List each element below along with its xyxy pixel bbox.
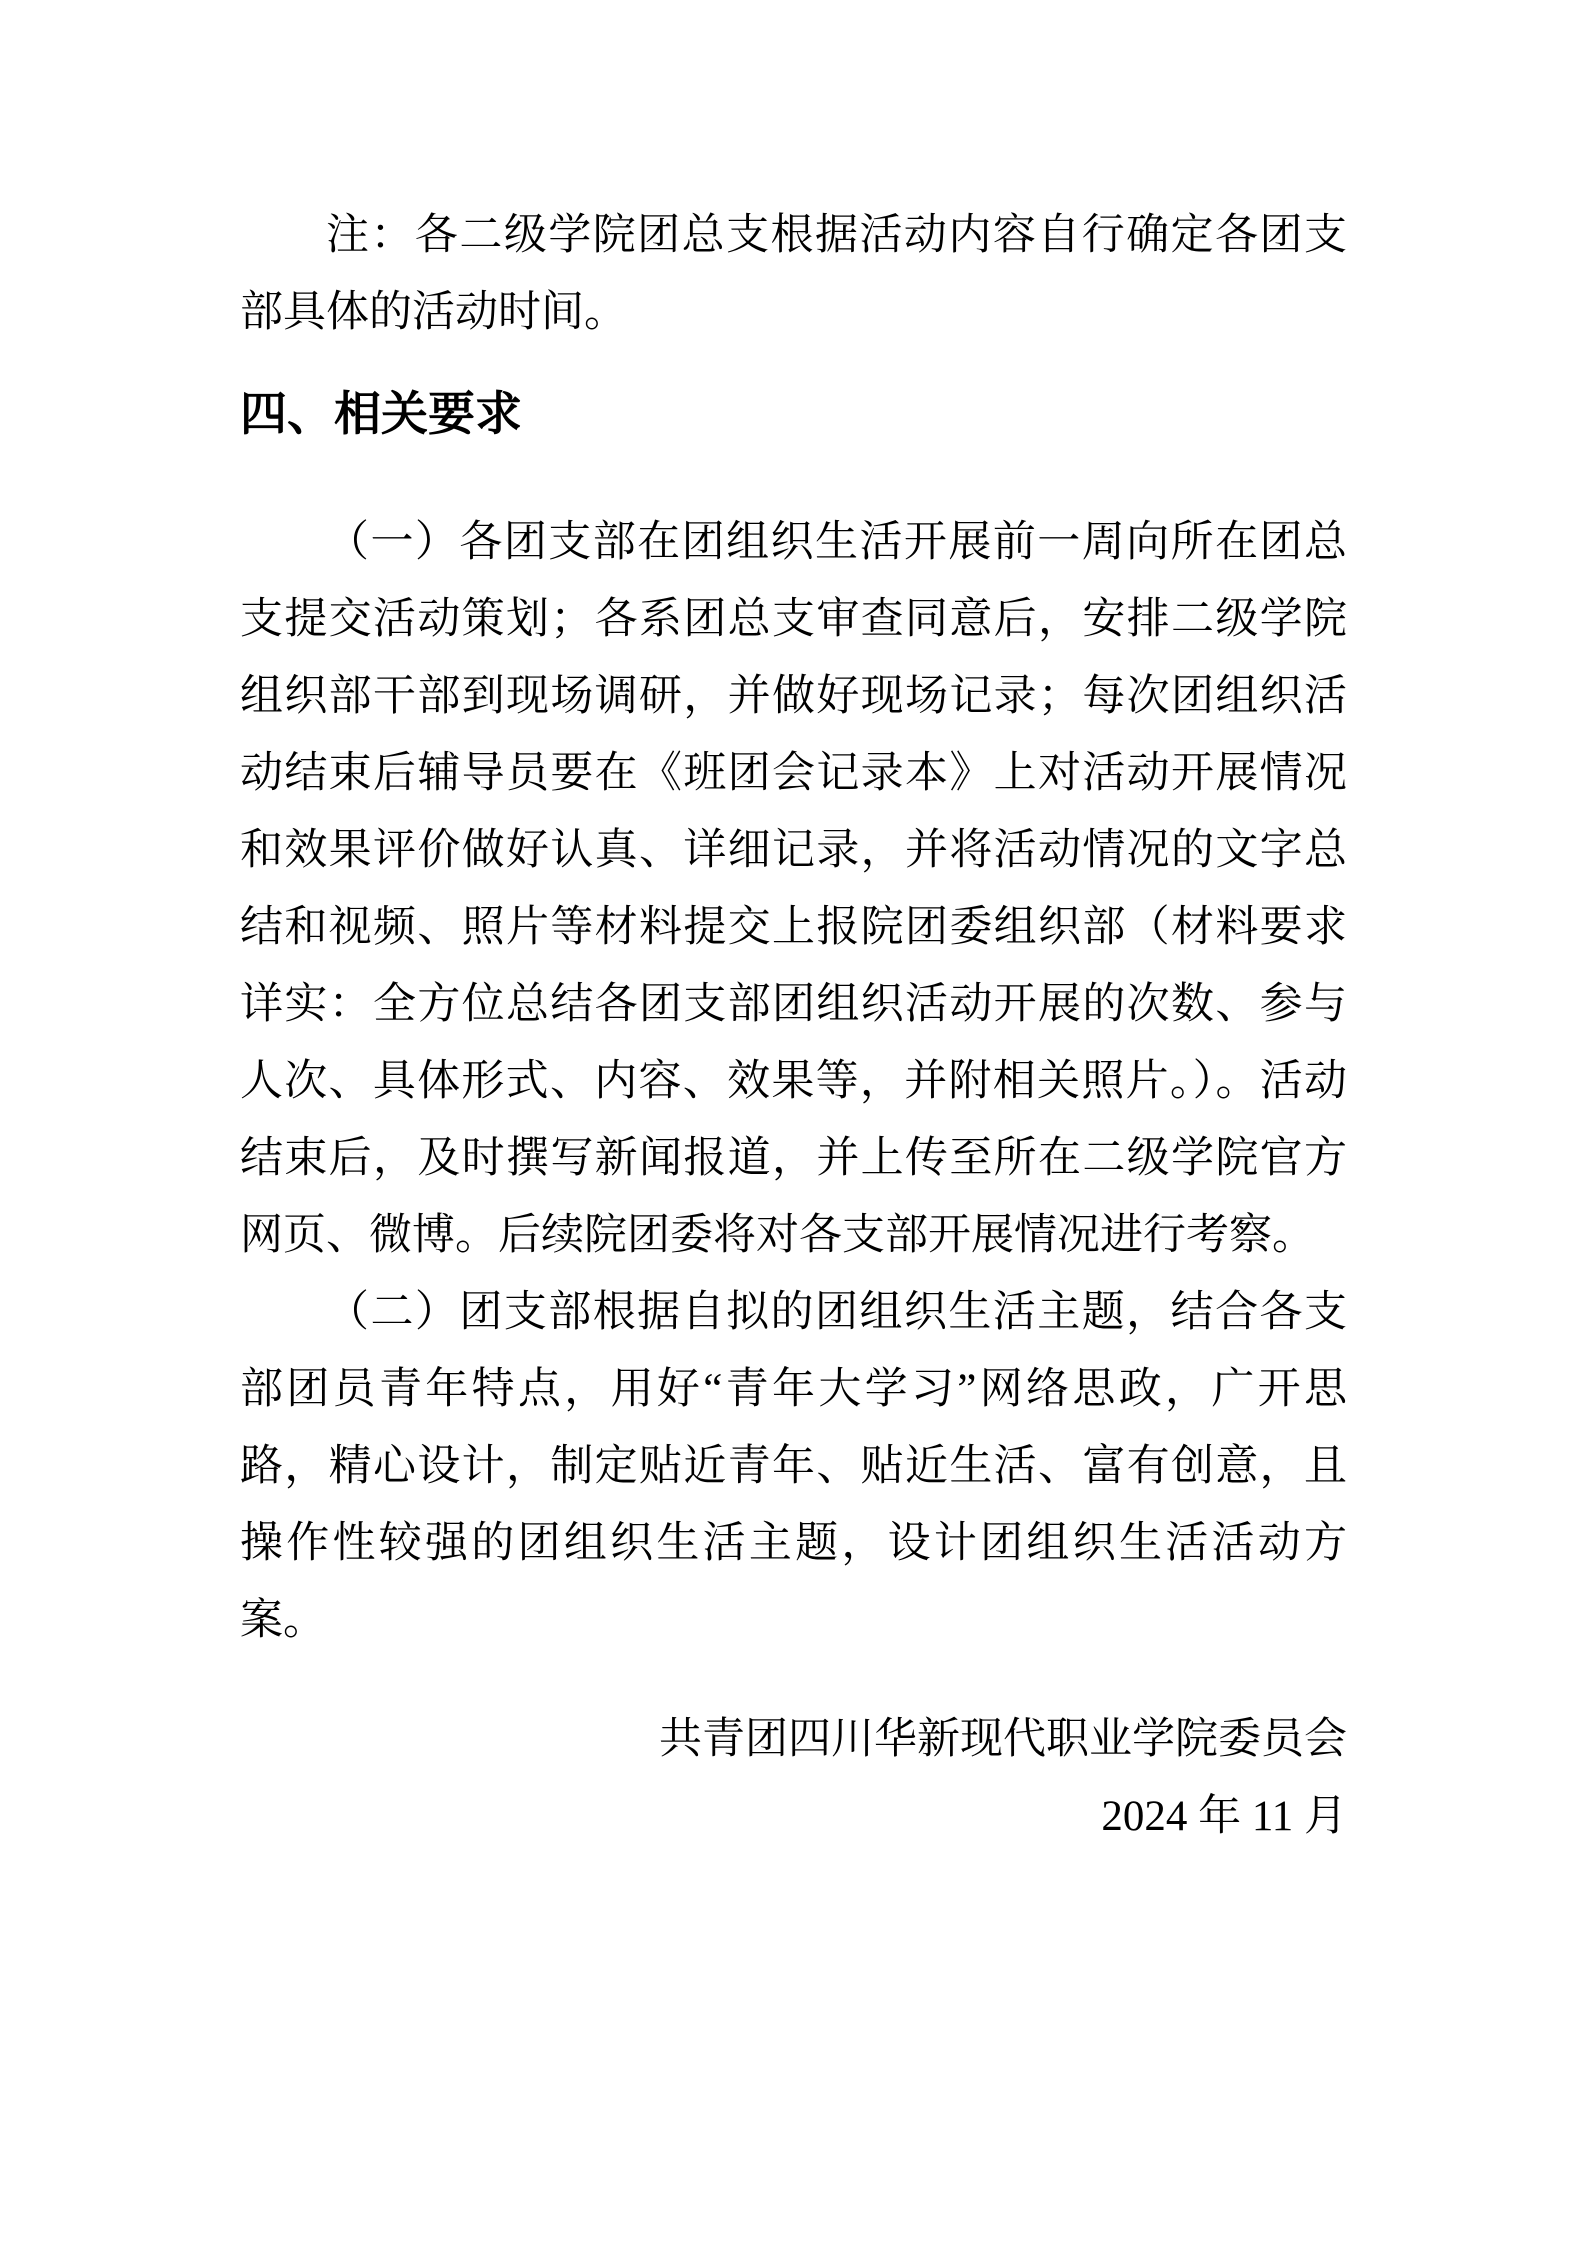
note-paragraph: 注：各二级学院团总支根据活动内容自行确定各团支部具体的活动时间。: [240, 197, 1347, 351]
document-page: 注：各二级学院团总支根据活动内容自行确定各团支部具体的活动时间。 四、相关要求 …: [0, 0, 1587, 2245]
signature-organization: 共青团四川华新现代职业学院委员会: [240, 1701, 1347, 1778]
signature-date: 2024 年 11 月: [240, 1778, 1347, 1855]
requirement-paragraph-1: （一）各团支部在团组织生活开展前一周向所在团总支提交活动策划；各系团总支审查同意…: [240, 504, 1347, 1274]
requirement-paragraph-2: （二）团支部根据自拟的团组织生活主题，结合各支部团员青年特点，用好“青年大学习”…: [240, 1274, 1347, 1659]
section-heading: 四、相关要求: [240, 375, 1347, 452]
signature-block: 共青团四川华新现代职业学院委员会 2024 年 11 月: [240, 1701, 1347, 1855]
